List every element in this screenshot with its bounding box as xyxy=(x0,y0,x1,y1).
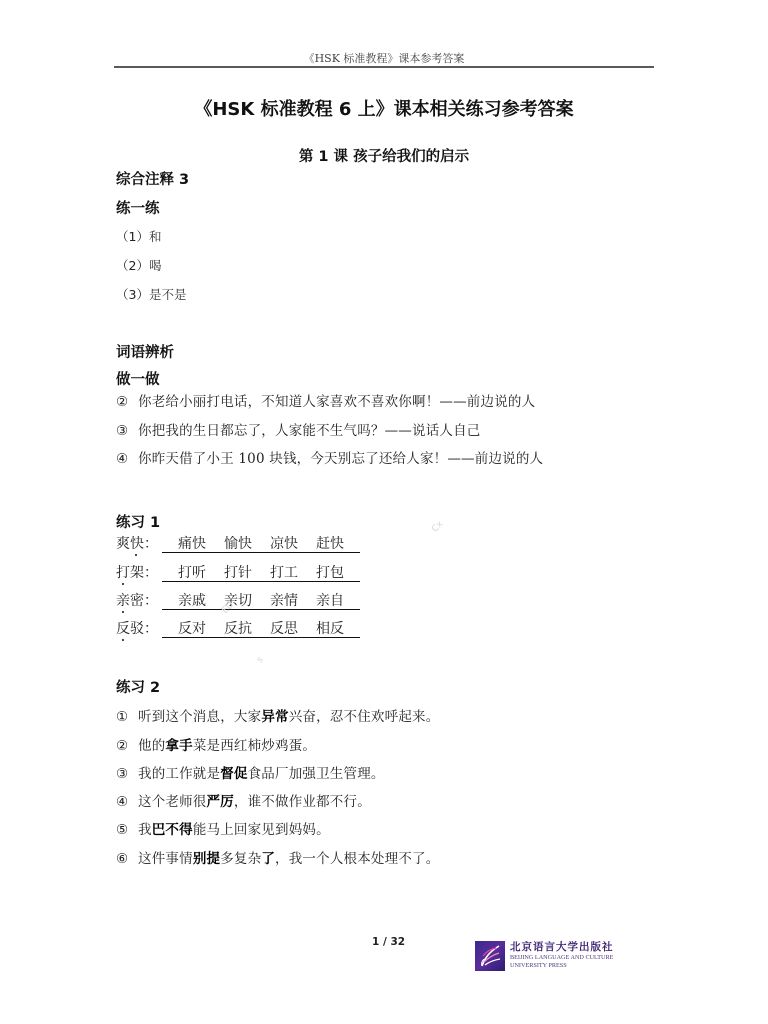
sentence-text: 听到这个消息，大家 xyxy=(138,709,261,725)
answer-word: 愉快 xyxy=(224,533,270,553)
publisher-logo: 北京语言大学出版社 BEIJING LANGUAGE AND CULTURE U… xyxy=(475,941,665,973)
publisher-name-en-line2: UNIVERSITY PRESS xyxy=(510,962,613,970)
circled-number: ② xyxy=(116,394,138,410)
sentence-text: ，我一个人根本处理不了。 xyxy=(275,851,439,867)
exercise1-row: 亲密： 亲戚亲切亲情亲自 xyxy=(116,590,176,614)
answer-word: 打听 xyxy=(178,562,224,582)
answer-word: 反思 xyxy=(270,618,316,638)
publisher-name-en-line1: BEIJING LANGUAGE AND CULTURE xyxy=(510,954,613,962)
exercise2-item: ①听到这个消息，大家异常兴奋，忍不住欢呼起来。 xyxy=(116,705,439,725)
item-number: （2） xyxy=(116,258,149,273)
sentence-text: 能马上回家见到妈妈。 xyxy=(193,822,330,838)
lead-word-text: 反驳： xyxy=(116,621,158,637)
circled-number: ② xyxy=(116,738,138,754)
answer-line: 痛快愉快凉快赶快 xyxy=(162,533,360,553)
exercise2-item: ②他的拿手菜是西红柿炒鸡蛋。 xyxy=(116,734,316,754)
answer-word: 反对 xyxy=(178,618,224,638)
answer-word: 反抗 xyxy=(224,618,270,638)
notes-item: （2）喝 xyxy=(116,256,161,274)
answer-word: 凉快 xyxy=(270,533,316,553)
sentence-text: 食品厂加强卫生管理。 xyxy=(248,766,385,782)
circled-number: ④ xyxy=(116,794,138,810)
sentence-text: 我的工作就是 xyxy=(138,766,220,782)
answer-word: 打针 xyxy=(224,562,270,582)
item-number: （3） xyxy=(116,287,149,302)
exercise2-heading: 练习 2 xyxy=(116,676,160,697)
answer-word-bold: 别提 xyxy=(193,851,220,867)
lead-word-text: 亲密： xyxy=(116,593,158,609)
circled-number: ③ xyxy=(116,766,138,782)
word-analysis-subheading: 做一做 xyxy=(116,368,160,389)
answer-line: 反对反抗反思相反 xyxy=(162,618,360,638)
circled-number: ⑤ xyxy=(116,822,138,838)
answer-word: 打工 xyxy=(270,562,316,582)
analysis-text: 你把我的生日都忘了，人家能不生气吗？——说话人自己 xyxy=(138,423,481,439)
answer-word-bold: 异常 xyxy=(261,709,288,725)
exercise1-row: 爽快： 痛快愉快凉快赶快 xyxy=(116,533,176,557)
answer-word-bold: 巴不得 xyxy=(152,822,193,838)
publisher-name-en: BEIJING LANGUAGE AND CULTURE UNIVERSITY … xyxy=(510,954,613,970)
exercise1-heading: 练习 1 xyxy=(116,511,160,532)
feather-icon xyxy=(479,944,501,968)
answer-word: 亲自 xyxy=(316,590,362,610)
answer-word-bold: 了 xyxy=(261,851,275,867)
answer-word: 打包 xyxy=(316,562,362,582)
answer-line: 亲戚亲切亲情亲自 xyxy=(162,590,360,610)
sentence-text: 我 xyxy=(138,822,152,838)
page-number: 1 / 32 xyxy=(372,936,405,948)
answer-word-bold: 拿手 xyxy=(165,738,192,754)
emphasis-dot xyxy=(122,583,124,585)
answer-word: 痛快 xyxy=(178,533,224,553)
sentence-text: 菜是西红柿炒鸡蛋。 xyxy=(193,738,316,754)
analysis-item: ③你把我的生日都忘了，人家能不生气吗？——说话人自己 xyxy=(116,419,481,439)
exercise2-item: ⑤我巴不得能马上回家见到妈妈。 xyxy=(116,818,330,838)
watermark: Cx xyxy=(430,519,445,534)
answer-line: 打听打针打工打包 xyxy=(162,562,360,582)
item-number: （1） xyxy=(116,229,149,244)
emphasis-dot xyxy=(135,554,137,556)
emphasis-dot xyxy=(122,639,124,641)
lesson-title: 第 1 课 孩子给我们的启示 xyxy=(0,145,768,166)
emphasis-dot xyxy=(122,611,124,613)
sentence-text: 他的 xyxy=(138,738,165,754)
exercise2-item: ③我的工作就是督促食品厂加强卫生管理。 xyxy=(116,762,385,782)
sentence-text: ，谁不做作业都不行。 xyxy=(234,794,371,810)
watermark: s xyxy=(255,655,265,665)
answer-word-bold: 严厉 xyxy=(207,794,234,810)
sentence-text: 兴奋，忍不住欢呼起来。 xyxy=(289,709,440,725)
lead-word-text: 爽快： xyxy=(116,536,158,552)
answer-word: 亲戚 xyxy=(178,590,224,610)
notes-heading: 综合注释 3 xyxy=(116,168,189,189)
exercise1-row: 打架： 打听打针打工打包 xyxy=(116,562,176,586)
analysis-item: ④你昨天借了小王 100 块钱，今天别忘了还给人家！——前边说的人 xyxy=(116,447,543,467)
answer-word-bold: 督促 xyxy=(220,766,247,782)
document-title: 《HSK 标准教程 6 上》课本相关练习参考答案 xyxy=(0,95,768,121)
word-analysis-heading: 词语辨析 xyxy=(116,341,174,362)
running-header: 《HSK 标准教程》课本参考答案 xyxy=(0,50,768,66)
sentence-text: 这件事情 xyxy=(138,851,193,867)
circled-number: ① xyxy=(116,709,138,725)
answer-word: 亲情 xyxy=(270,590,316,610)
header-divider xyxy=(114,66,654,68)
analysis-text: 你昨天借了小王 100 块钱，今天别忘了还给人家！——前边说的人 xyxy=(138,451,543,467)
answer-word: 赶快 xyxy=(316,533,362,553)
item-text: 是不是 xyxy=(149,287,187,302)
circled-number: ④ xyxy=(116,451,138,467)
exercise2-item: ④这个老师很严厉，谁不做作业都不行。 xyxy=(116,790,371,810)
sentence-text: 多复杂 xyxy=(220,851,261,867)
analysis-text: 你老给小丽打电话，不知道人家喜欢不喜欢你啊！——前边说的人 xyxy=(138,394,535,410)
publisher-name-cn: 北京语言大学出版社 xyxy=(510,939,614,954)
notes-subheading: 练一练 xyxy=(116,197,160,218)
circled-number: ③ xyxy=(116,423,138,439)
sentence-text: 这个老师很 xyxy=(138,794,207,810)
circled-number: ⑥ xyxy=(116,851,138,867)
notes-item: （1）和 xyxy=(116,227,161,245)
exercise1-row: 反驳： 反对反抗反思相反 xyxy=(116,618,176,642)
item-text: 和 xyxy=(149,229,162,244)
item-text: 喝 xyxy=(149,258,162,273)
exercise2-item: ⑥这件事情别提多复杂了，我一个人根本处理不了。 xyxy=(116,847,439,867)
answer-word: 相反 xyxy=(316,618,362,638)
notes-item: （3）是不是 xyxy=(116,285,186,303)
analysis-item: ②你老给小丽打电话，不知道人家喜欢不喜欢你啊！——前边说的人 xyxy=(116,390,535,410)
lead-word-text: 打架： xyxy=(116,565,158,581)
publisher-emblem-icon xyxy=(475,941,505,971)
